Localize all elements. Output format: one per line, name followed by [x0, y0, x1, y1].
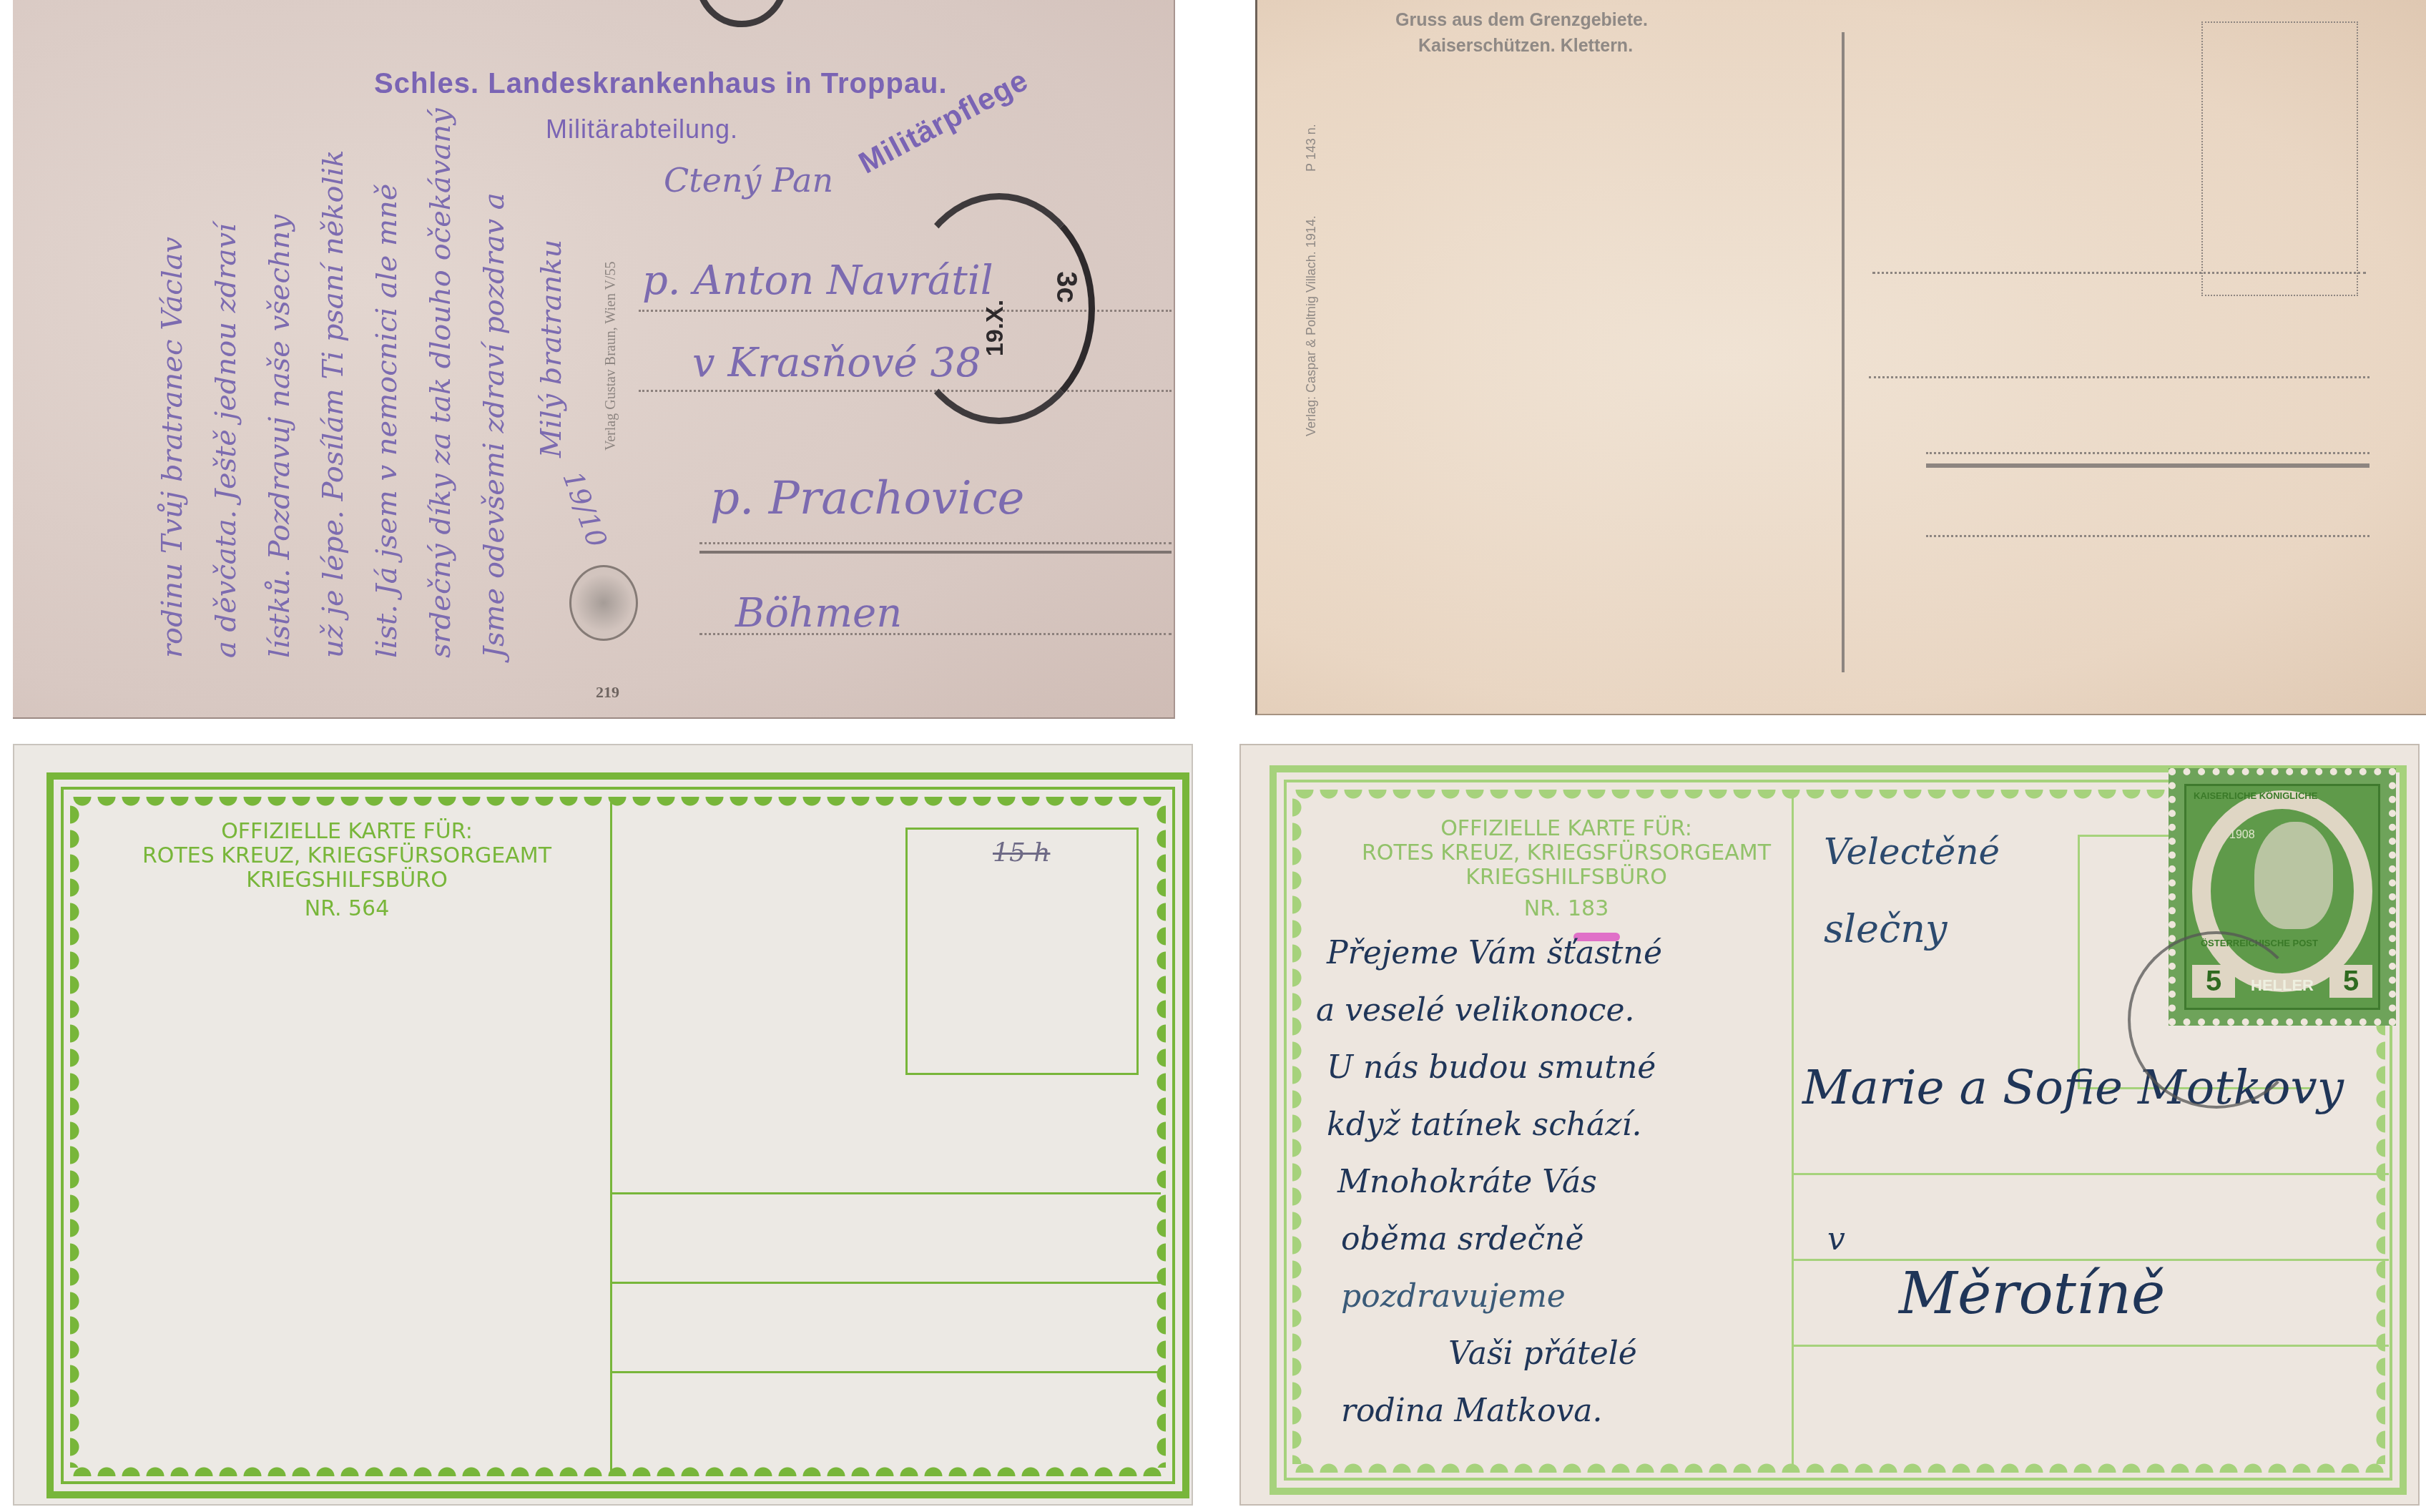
publisher-imprint: Verlag Gustav Braun, Wien V/55: [603, 261, 619, 451]
message-line: Jsme odevšemi zdraví pozdrav a: [478, 192, 511, 658]
postmark-date: 19.X.: [981, 300, 1009, 356]
address-town: Měrotíně: [1899, 1260, 2165, 1327]
message-line: rodina Matkova.: [1341, 1393, 1603, 1429]
divider-vertical: [1792, 795, 1794, 1471]
message-line: Vaši přátelé: [1448, 1335, 1637, 1372]
postcard-red-cross-564: OFFIZIELLE KARTE FÜR: ROTES KREUZ, KRIEG…: [13, 744, 1193, 1506]
scallop-left: [1292, 795, 1308, 1464]
message-line: list. Já jsem v nemocnici ale mně: [370, 184, 403, 658]
card-title-line1: Gruss aus dem Grenzgebiete.: [1395, 10, 1648, 31]
address-line-3: [1926, 452, 2369, 454]
message-line: a děvčata. Ještě jednou zdraví: [210, 223, 242, 658]
stamp-year: 1908: [2229, 829, 2255, 842]
message-line: pozdravujeme: [1341, 1278, 1566, 1315]
postmark: 19.X. 3c: [903, 193, 1095, 424]
postmark: [2128, 931, 2305, 1109]
plate-number: P 143 n.: [1304, 124, 1319, 172]
pencil-price-note: 15 h: [993, 838, 1050, 868]
address-line-3: [1792, 1345, 2389, 1347]
header-line-1: OFFIZIELLE KARTE FÜR:: [1302, 817, 1831, 842]
card-number: 219: [596, 683, 619, 702]
address-line-2: [610, 1282, 1161, 1284]
address-line-2: [1869, 376, 2369, 378]
address-underline: [1926, 463, 2369, 468]
address-line-4: [699, 633, 1172, 635]
address-line-3: [699, 542, 1172, 544]
postmark-partial-top: [696, 0, 787, 27]
message-line: a veselé velikonoce.: [1316, 992, 1635, 1029]
scallop-bottom: [70, 1461, 1164, 1476]
publisher-logo-icon: [569, 565, 638, 641]
date-note: 19/10: [556, 467, 613, 551]
message-line: lístků. Pozdravuj naše všechny: [263, 215, 296, 658]
scallop-top: [70, 797, 1164, 813]
address-line-3: [610, 1371, 1161, 1373]
message-line: rodinu Tvůj bratranec Václav: [156, 237, 189, 658]
address-line-1: [1792, 1173, 2389, 1175]
header-line-3: KRIEGSHILFSBÜRO: [82, 868, 612, 893]
header-line-3: KRIEGSHILFSBÜRO: [1302, 865, 1831, 890]
message-line: když tatínek schází.: [1327, 1106, 1642, 1143]
address-town: p. Prachovice: [710, 472, 1024, 525]
address-salutation-1: Velectěné: [1824, 831, 2000, 873]
postcard-red-cross-183: OFFIZIELLE KARTE FÜR: ROTES KREUZ, KRIEG…: [1239, 744, 2420, 1506]
postcard-kaiserschuetzen: Gruss aus dem Grenzgebiete. Kaiserschütz…: [1255, 0, 2426, 715]
address-line-1: [610, 1192, 1161, 1194]
header-line-2: ROTES KREUZ, KRIEGSFÜRSORGEAMT: [82, 844, 612, 869]
divider-vertical: [1842, 32, 1845, 672]
message-line: už je lépe. Posílám Ti psaní několik: [317, 149, 350, 658]
message-line: srdečný díky za tak dlouho očekávaný: [424, 108, 457, 658]
card-number: NR. 564: [82, 897, 612, 922]
scallop-right: [1150, 802, 1166, 1468]
address-prefix: v: [1827, 1221, 1845, 1257]
department-stamp: Militärabteilung.: [546, 114, 738, 144]
address-country: Böhmen: [735, 590, 902, 637]
address-line-1: [1872, 272, 2366, 274]
postmark-code: 3c: [1049, 271, 1081, 303]
header-line-1: OFFIZIELLE KARTE FÜR:: [82, 820, 612, 845]
stamp-top-arc: KAISERLICHE KÖNIGLICHE: [2194, 790, 2317, 801]
message-line: oběma srdečně: [1341, 1221, 1583, 1257]
message-line: Mnohokráte Vás: [1337, 1164, 1597, 1200]
address-line-2: [639, 390, 1172, 392]
message-line: Přejeme Vám šťastné: [1327, 935, 1662, 971]
publisher-imprint: Verlag: Caspar & Poltnig Villach. 1914.: [1304, 215, 1319, 436]
message-line: Milý bratranku: [535, 240, 568, 458]
divider-vertical: [610, 802, 612, 1475]
stamp-box-left: [2078, 835, 2080, 1089]
stamp-box: [2201, 21, 2358, 296]
card-number: NR. 183: [1302, 897, 1831, 922]
stamp-box-left: [905, 828, 908, 1075]
message-line: U nás budou smutné: [1327, 1049, 1656, 1086]
card-title-line2: Kaiserschützen. Klettern.: [1418, 36, 1633, 57]
address-salutation: Ctený Pan: [664, 161, 833, 200]
stamp-value-right: 5: [2329, 965, 2372, 998]
emperor-portrait-icon: [2254, 822, 2333, 929]
address-underline: [699, 551, 1172, 554]
stamp-box-top: [905, 828, 1139, 830]
stamp-box-right: [1136, 828, 1139, 1075]
message-block: Milý bratranku Jsme odevšemi zdraví pozd…: [41, 14, 542, 658]
address-salutation-2: slečny: [1824, 906, 1947, 951]
scallop-bottom: [1292, 1457, 2387, 1473]
header-line-2: ROTES KREUZ, KRIEGSFÜRSORGEAMT: [1302, 841, 1831, 866]
stamp-box-bottom: [905, 1073, 1139, 1075]
address-line-4: [1926, 535, 2369, 537]
postcard-troppau-hospital: Schles. Landeskrankenhaus in Troppau. Mi…: [13, 0, 1175, 719]
